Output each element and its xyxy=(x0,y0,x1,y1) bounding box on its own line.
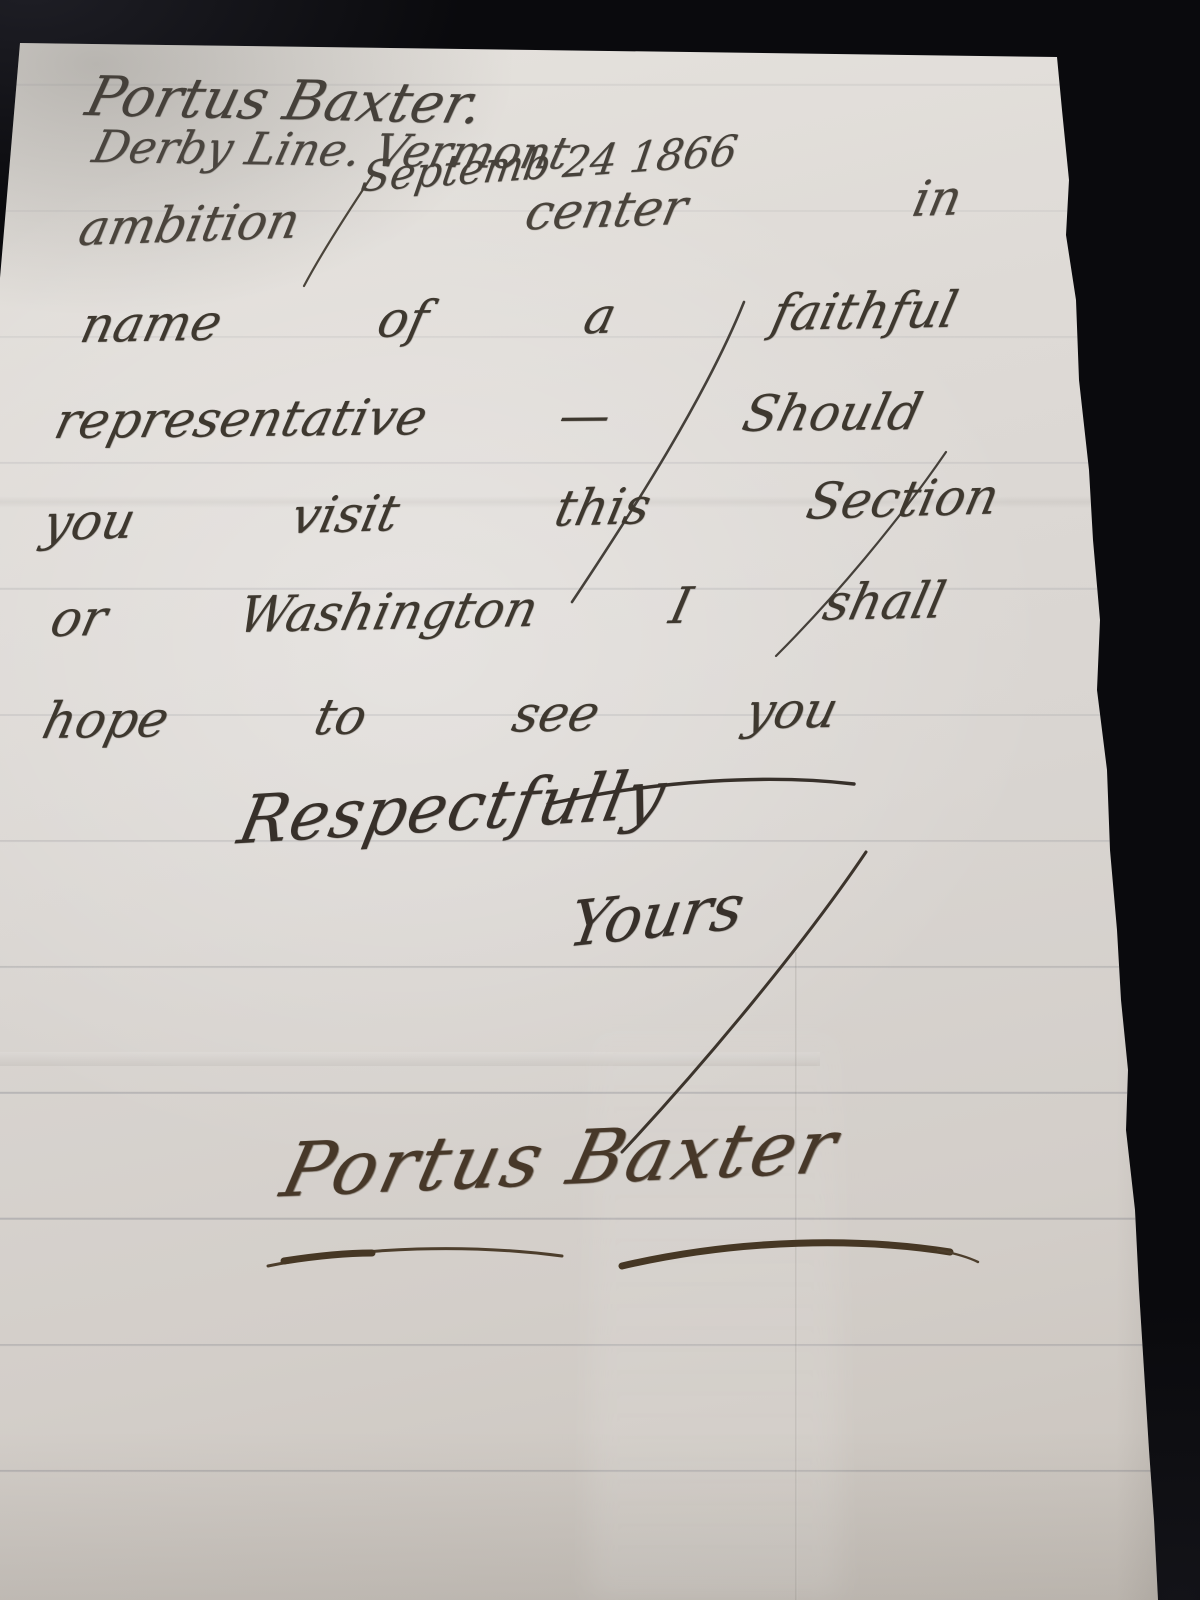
letter-line: representative — Should xyxy=(49,383,928,450)
photo-background: Portus Baxter. Derby Line. Vermont Septe… xyxy=(0,0,1200,1600)
bottom-shadow xyxy=(0,1430,1200,1600)
letter-line: hope to see you xyxy=(37,681,844,750)
letter-paper: Portus Baxter. Derby Line. Vermont Septe… xyxy=(0,0,1200,1600)
